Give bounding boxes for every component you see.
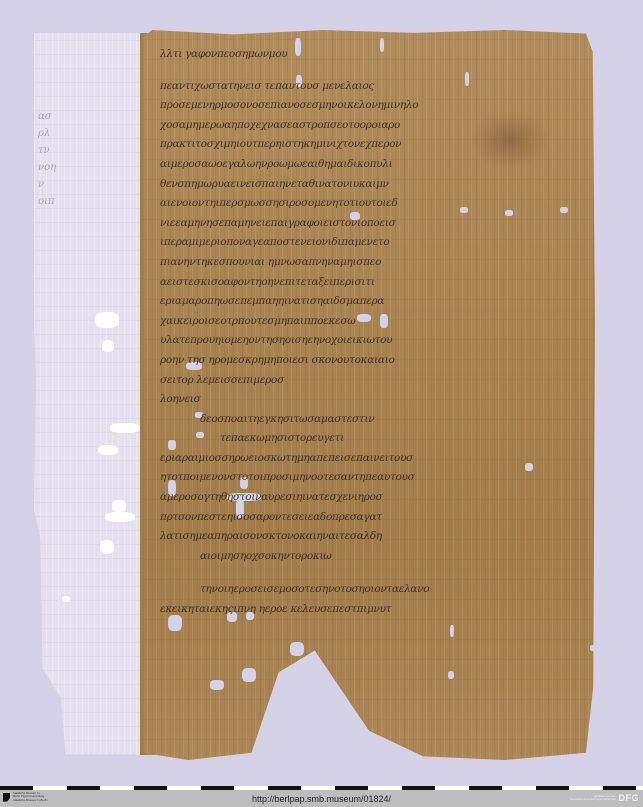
text-line: [160, 569, 585, 583]
hole: [450, 625, 454, 637]
text-line: πιανηντηκεσπουνιαι ημνωσαπνηναμηισπεο: [160, 256, 585, 276]
hole: [98, 445, 118, 455]
margin-notes: ασ ρλ τν νοη ν οιπ: [38, 108, 78, 210]
dfg-logo-icon: DFG: [619, 793, 640, 803]
scan-area: ασ ρλ τν νοη ν οιπ λλτι γαφονπεοσημωνμου…: [0, 0, 643, 786]
hole: [210, 680, 224, 690]
hole: [102, 340, 114, 352]
text-line: θενσπημωρυαεινεισπαιηνεταθινατονιυκαιμν: [160, 178, 585, 198]
hole: [448, 671, 454, 679]
text-line: χαικειροισεοτρπουτεσμηπαιπποεκεσω: [160, 315, 585, 335]
text-line: σειτορ λεμεισσεπιμεροσ: [160, 374, 585, 394]
text-line: λοηνεισ: [160, 393, 585, 413]
dfg-logo: gefördert von der Deutschen Forschungsge…: [570, 793, 639, 803]
text-line: πρτσονπεστεηισοσαροντεσειεαδοπρεσαγατ: [160, 511, 585, 531]
hole: [590, 645, 596, 651]
hole: [105, 512, 135, 522]
text-line: υλατεπρουηιομεηοντησηοισηεηνοχοιεικιωτου: [160, 334, 585, 354]
footer-bar: Staatliche Museen zu Berlin Papyrussamml…: [0, 790, 643, 807]
museum-logo: Staatliche Museen zu Berlin Papyrussamml…: [3, 792, 48, 802]
text-line: εριαραιμιοσσηρωειοσκωτημηαπεπεισεπαινειτ…: [160, 452, 585, 472]
text-line: αιοιμησηοχσοκηντοροκιω: [160, 550, 585, 570]
museum-logo-text: Staatliche Museen zu Berlin Papyrussamml…: [13, 792, 48, 802]
hole: [62, 596, 70, 602]
text-line: ητοτποιμενονστοτοιπροσιμηνοοτεσαντηπεαυτ…: [160, 471, 585, 491]
text-line: αιμεροσαωοεγαλωηνροωμωεαιθημαιδικοπυλι: [160, 158, 585, 178]
source-url-link[interactable]: http://berlpap.smb.museum/01824/: [252, 794, 391, 804]
text-line: τηνοιηεροσεισεμοσοτεσηνοτοσηοιονταελανο: [160, 583, 585, 603]
dfg-funding-text: gefördert von der Deutschen Forschungsge…: [570, 795, 615, 802]
text-line: ιπεραμιμεριοποναγεαποστενειονιδιπαμενετο: [160, 236, 585, 256]
text-line: πρακτιτοσχιμηιουτπερηιστηκημινιχτονεχπερ…: [160, 138, 585, 158]
hole: [242, 668, 256, 682]
hole: [112, 500, 126, 512]
text-line: λλτι γαφονπεοσημωνμου: [160, 48, 585, 68]
smb-logo-icon: [3, 793, 10, 802]
text-line: εριαμαροπηωσεπεμπαηηινατισηαιδσμαπερα: [160, 295, 585, 315]
text-line: προσεμενηρμοσονοσεπιανοσεσμηνοικελονημιν…: [160, 99, 585, 119]
text-line: λατισημεαπηραισονσκτονοκαιηναιτεσαλδη: [160, 530, 585, 550]
text-line: εκεικηταιεκηςιπνη ηεροε κελευσεπεστπιμνυ…: [160, 603, 585, 623]
text-line: αιενοιοντηιπερσμωσσησιροσομενητοτιουτοιε…: [160, 197, 585, 217]
hole: [290, 642, 304, 656]
papyrus-text: λλτι γαφονπεοσημωνμου πεαντιχωστατηνεισ …: [160, 48, 585, 623]
text-line: πεαντιχωστατηνεισ τεπαυτουσ μενελαιος: [160, 80, 585, 100]
text-line: τεπαεκωμησιστορευγετι: [160, 432, 585, 452]
text-line: χοσαμημερωαηποχεχνασεαστροπσεοτοοροιαρο: [160, 119, 585, 139]
hole: [100, 540, 114, 554]
text-line: αμεροσογτηθηστοιναυρεσιηινατεσχενιηροσ: [160, 491, 585, 511]
text-line: νιεεαμηνησεπαμηνειεπαιγραφοιειστονιοποει…: [160, 217, 585, 237]
text-line: αειστεσκισοαφοντηοηνεπιτεταξειπερισιτι: [160, 276, 585, 296]
hole: [110, 423, 140, 433]
text-line: ροην τησ ηρομεσκρημηποιεσι σκονουτοκαιαι…: [160, 354, 585, 374]
text-line: δεοσποαιτηεγκησιτωσαμαστεστιν: [160, 413, 585, 433]
text-line: [160, 68, 585, 80]
hole: [95, 312, 119, 328]
